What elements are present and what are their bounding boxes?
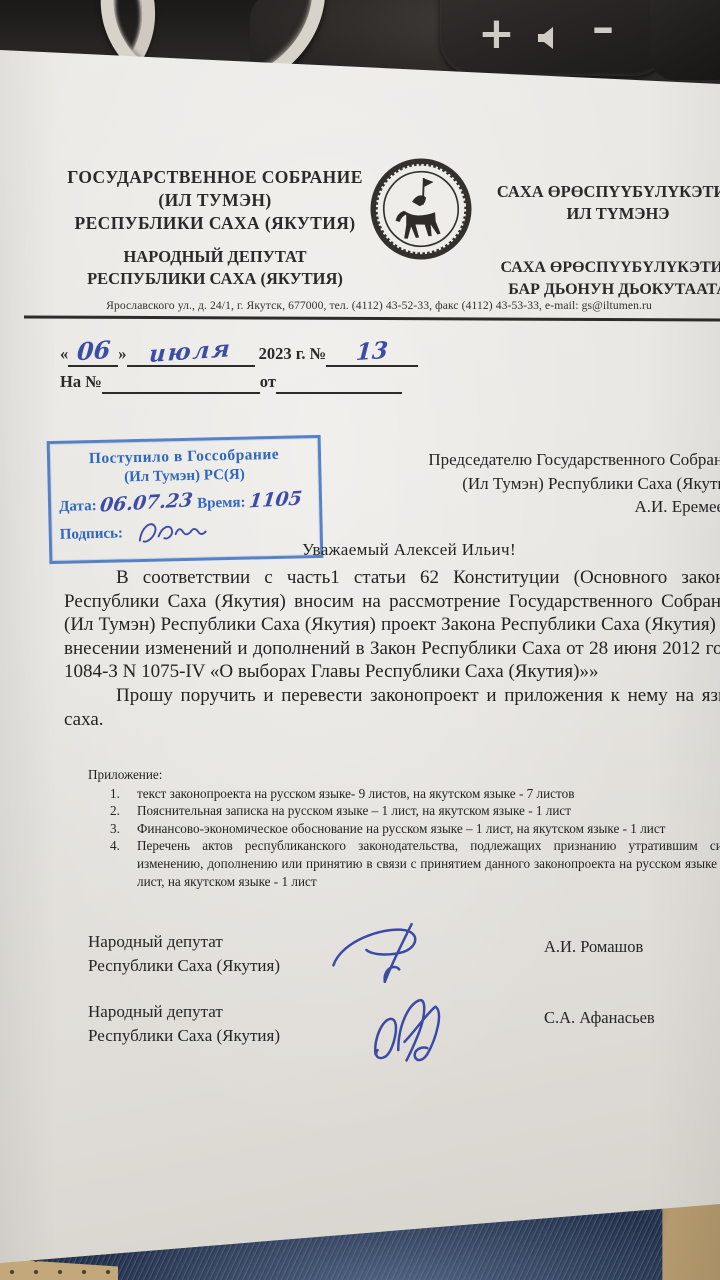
attachments-block: Приложение: 1. текст законопроекта на ру… (88, 766, 720, 890)
addressee-line: А.И. Еремееву (368, 495, 720, 519)
addressee-line: Председателю Государственного Собрания (368, 448, 720, 472)
handwritten-month: июля (127, 338, 255, 367)
stamp-date-label: Дата: (59, 498, 97, 516)
org-name-line: ИЛ ТҮМЭНЭ (468, 203, 720, 225)
attachment-number: 1. (110, 785, 137, 803)
quote-open: « (60, 344, 68, 363)
sender-role-line: САХА ӨРӨСПҮҮБҮЛҮКЭТИН (468, 257, 720, 279)
signer-role-block: Народный депутат Республики Саха (Якутия… (88, 930, 280, 978)
ref-label: На № (60, 372, 102, 391)
ref-blank (102, 372, 260, 394)
letterhead-divider (24, 315, 720, 321)
ref-from-label: от (260, 372, 276, 391)
addressee-block: Председателю Государственного Собрания (… (368, 448, 720, 519)
speaker-icon (535, 26, 563, 55)
date-number-line: «06»июля 2023 г. №13 (60, 336, 418, 367)
reference-line: На № от (60, 372, 402, 394)
body-paragraph-2: Прошу поручить и перевести законопроект … (64, 684, 720, 731)
ref-from-blank (276, 372, 402, 394)
signature-romashov-icon (322, 918, 458, 990)
attachment-number: 2. (110, 802, 137, 820)
signer-role-line: Республики Саха (Якутия) (88, 1024, 280, 1048)
addressee-line: (Ил Тумэн) Республики Саха (Якутия) (368, 472, 720, 496)
attachment-item: 3. Финансово-экономическое обоснование н… (88, 820, 720, 838)
attachment-item: 2. Пояснительная записка на русском язык… (88, 802, 720, 820)
org-name-line: САХА ӨРӨСПҮҮБҮЛҮКЭТИН (468, 181, 720, 203)
signer-role-block: Народный депутат Республики Саха (Якутия… (88, 1000, 280, 1048)
attachment-text: текст законопроекта на русском языке- 9 … (137, 785, 720, 803)
signer-name: А.И. Ромашов (544, 937, 643, 957)
signer-role-line: Народный депутат (88, 1000, 280, 1024)
signature-afanasyev-icon (362, 988, 478, 1076)
signer-name: С.А. Афанасьев (544, 1008, 655, 1028)
volume-plus-icon: + (478, 8, 515, 59)
stamp-handwritten-time: 1105 (248, 487, 303, 512)
handwritten-day: 06 (68, 336, 118, 367)
letterhead-yakut: САХА ӨРӨСПҮҮБҮЛҮКЭТИН ИЛ ТҮМЭНЭ САХА ӨРӨ… (468, 181, 720, 301)
letter-body: В соответствии с часть1 статьи 62 Консти… (64, 566, 720, 731)
stamp-handwritten-date: 06.07.23 (99, 489, 194, 517)
salutation: Уважаемый Алексей Ильич! (56, 540, 720, 560)
attachment-number: 4. (110, 837, 137, 890)
stamp-org-line: (Ил Тумэн) РС(Я) (58, 465, 310, 488)
sender-role-line: БАР ДЬОНУН ДЬОКУТААТА (468, 279, 720, 301)
volume-minus-icon: – (592, 2, 614, 53)
year-number-label: 2023 г. № (259, 344, 327, 363)
attachment-item: 1. текст законопроекта на русском языке-… (88, 785, 720, 803)
signer-role-line: Республики Саха (Якутия) (88, 954, 280, 978)
attachment-text: Финансово-экономическое обоснование на р… (137, 820, 720, 838)
sender-role-line: РЕСПУБЛИКИ САХА (ЯКУТИЯ) (56, 268, 374, 290)
state-emblem-icon (365, 151, 478, 267)
quote-close: » (118, 344, 126, 363)
contact-address-line: Ярославского ул., д. 24/1, г. Якутск, 67… (26, 299, 720, 312)
letter-document: ГОСУДАРСТВЕННОЕ СОБРАНИЕ (ИЛ ТУМЭН) РЕСП… (0, 0, 720, 1280)
body-paragraph-1: В соответствии с часть1 статьи 62 Консти… (64, 566, 720, 684)
attachment-item: 4. Перечень актов республиканского закон… (88, 837, 720, 890)
signer-role-line: Народный депутат (88, 930, 280, 954)
steering-control-edge (650, 0, 720, 80)
letterhead-russian: ГОСУДАРСТВЕННОЕ СОБРАНИЕ (ИЛ ТУМЭН) РЕСП… (56, 166, 374, 290)
org-name-line: РЕСПУБЛИКИ САХА (ЯКУТИЯ) (56, 212, 374, 235)
attachment-text: Перечень актов республиканского законода… (137, 837, 720, 890)
attachment-number: 3. (110, 820, 137, 838)
stamp-time-label: Время: (197, 495, 246, 513)
org-name-line: ГОСУДАРСТВЕННОЕ СОБРАНИЕ (56, 166, 374, 189)
handwritten-doc-number: 13 (326, 338, 418, 367)
attachment-text: Пояснительная записка на русском языке –… (137, 802, 720, 820)
photo-of-document: + – ГОСУДАРСТВЕННОЕ СОБРАНИЕ (ИЛ ТУМЭН) … (0, 0, 720, 1280)
attachments-title: Приложение: (88, 766, 720, 784)
sender-role-line: НАРОДНЫЙ ДЕПУТАТ (56, 246, 374, 268)
org-name-line: (ИЛ ТУМЭН) (56, 189, 374, 212)
